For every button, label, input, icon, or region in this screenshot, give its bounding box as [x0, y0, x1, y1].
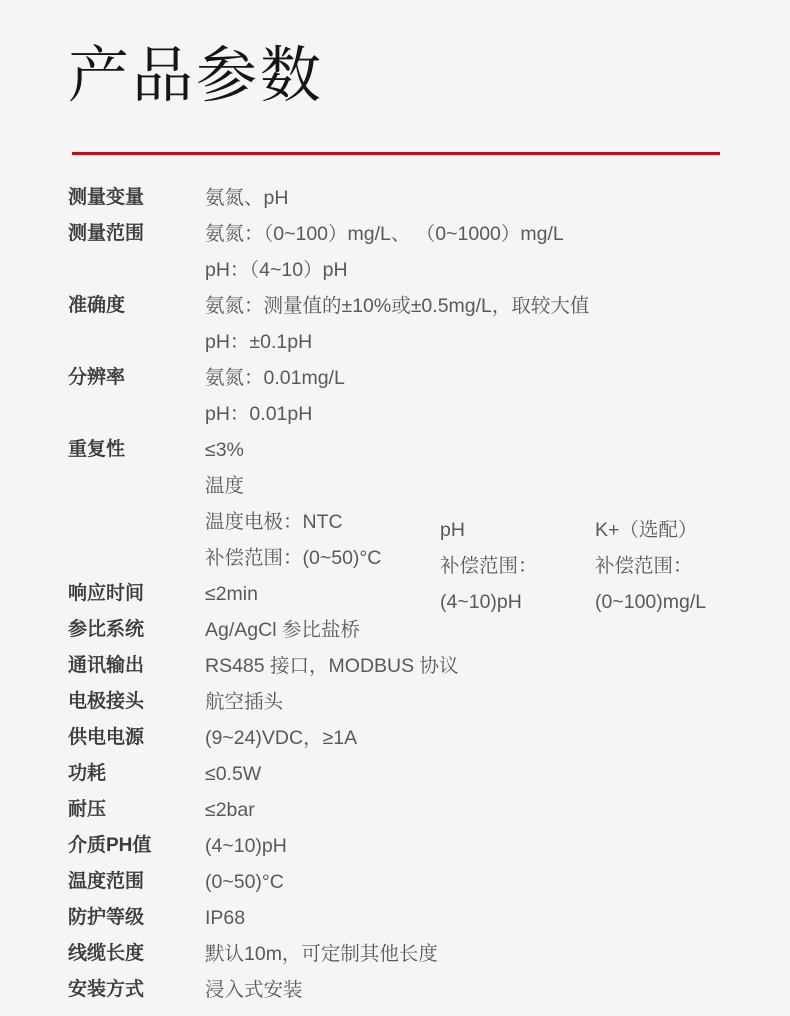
compensation-column-ph: pH 补偿范围： (4~10)pH [440, 512, 595, 620]
product-spec-sheet: 产品参数 测量变量 氨氮、pH 测量范围 氨氮：（0~100）mg/L、 （0~… [0, 0, 790, 1016]
spec-value-line: pH：（4~10）pH [205, 252, 758, 288]
spec-label: 测量变量 [68, 180, 205, 216]
spec-row-electrode-connector: 电极接头 航空插头 [68, 684, 758, 720]
spec-value: ≤0.5W [205, 756, 758, 792]
spec-label: 功耗 [68, 756, 205, 792]
comp-range-value: (4~10)pH [440, 584, 595, 620]
spec-label: 参比系统 [68, 612, 205, 648]
spec-value: 航空插头 [205, 684, 758, 720]
spec-row-temperature-range: 温度范围 (0~50)°C [68, 864, 758, 900]
spec-value-line: pH：±0.1pH [205, 324, 758, 360]
spec-value-line: RS485 接口，MODBUS 协议 [205, 648, 758, 684]
spec-value-line: 氨氮：测量值的±10%或±0.5mg/L，取较大值 [205, 288, 758, 324]
spec-value-line: 氨氮、pH [205, 180, 758, 216]
spec-row-protection-rating: 防护等级 IP68 [68, 900, 758, 936]
compensation-column-k-plus: K+（选配） 补偿范围： (0~100)mg/L [595, 512, 750, 620]
spec-row-medium-ph: 介质PH值 (4~10)pH [68, 828, 758, 864]
spec-value-line: ≤0.5W [205, 756, 758, 792]
spec-value-line: (4~10)pH [205, 828, 758, 864]
spec-row-communication-output: 通讯输出 RS485 接口，MODBUS 协议 [68, 648, 758, 684]
spec-value-line: 温度 [205, 468, 758, 504]
spec-label: 准确度 [68, 288, 205, 324]
spec-value: 浸入式安装 [205, 972, 758, 1008]
spec-label: 重复性 [68, 432, 205, 468]
spec-value: (4~10)pH [205, 828, 758, 864]
spec-label: 防护等级 [68, 900, 205, 936]
spec-row-accuracy: 准确度 氨氮：测量值的±10%或±0.5mg/L，取较大值 pH：±0.1pH [68, 288, 758, 360]
spec-value-line: 航空插头 [205, 684, 758, 720]
spec-label: 安装方式 [68, 972, 205, 1008]
spec-label: 耐压 [68, 792, 205, 828]
spec-row-measured-variables: 测量变量 氨氮、pH [68, 180, 758, 216]
spec-label: 温度范围 [68, 864, 205, 900]
spec-row-cable-length: 线缆长度 默认10m，可定制其他长度 [68, 936, 758, 972]
spec-value-line: ≤2bar [205, 792, 758, 828]
spec-label: 分辨率 [68, 360, 205, 396]
page-title: 产品参数 [68, 42, 324, 109]
comp-range-value: (0~100)mg/L [595, 584, 750, 620]
spec-value: RS485 接口，MODBUS 协议 [205, 648, 758, 684]
spec-value-line: ≤3% [205, 432, 758, 468]
spec-value: (0~50)°C [205, 864, 758, 900]
comp-column-title: pH [440, 512, 595, 548]
spec-value-line: 默认10m，可定制其他长度 [205, 936, 758, 972]
spec-value-line: IP68 [205, 900, 758, 936]
spec-value-line: pH：0.01pH [205, 396, 758, 432]
spec-value-line: 氨氮：（0~100）mg/L、 （0~1000）mg/L [205, 216, 758, 252]
spec-label: 测量范围 [68, 216, 205, 252]
spec-label: 电极接头 [68, 684, 205, 720]
compensation-columns: pH 补偿范围： (4~10)pH K+（选配） 补偿范围： (0~100)mg… [440, 512, 750, 620]
spec-row-measuring-range: 测量范围 氨氮：（0~100）mg/L、 （0~1000）mg/L pH：（4~… [68, 216, 758, 288]
spec-row-installation-method: 安装方式 浸入式安装 [68, 972, 758, 1008]
spec-value: 氨氮：0.01mg/L pH：0.01pH [205, 360, 758, 432]
spec-row-resolution: 分辨率 氨氮：0.01mg/L pH：0.01pH [68, 360, 758, 432]
comp-range-label: 补偿范围： [595, 548, 750, 584]
spec-row-power-supply: 供电电源 (9~24)VDC，≥1A [68, 720, 758, 756]
comp-column-title: K+（选配） [595, 512, 750, 548]
spec-value-line: 氨氮：0.01mg/L [205, 360, 758, 396]
spec-label: 介质PH值 [68, 828, 205, 864]
spec-row-power-consumption: 功耗 ≤0.5W [68, 756, 758, 792]
spec-value: 氨氮：（0~100）mg/L、 （0~1000）mg/L pH：（4~10）pH [205, 216, 758, 288]
spec-label: 供电电源 [68, 720, 205, 756]
comp-range-label: 补偿范围： [440, 548, 595, 584]
spec-value: 氨氮、pH [205, 180, 758, 216]
spec-value-line: 浸入式安装 [205, 972, 758, 1008]
spec-value-line: (0~50)°C [205, 864, 758, 900]
spec-label: 响应时间 [68, 576, 205, 612]
spec-value: IP68 [205, 900, 758, 936]
title-divider [72, 152, 720, 155]
spec-value: ≤2bar [205, 792, 758, 828]
spec-value: 氨氮：测量值的±10%或±0.5mg/L，取较大值 pH：±0.1pH [205, 288, 758, 360]
spec-value-line: (9~24)VDC，≥1A [205, 720, 758, 756]
spec-label: 线缆长度 [68, 936, 205, 972]
spec-row-pressure-resistance: 耐压 ≤2bar [68, 792, 758, 828]
spec-value: 默认10m，可定制其他长度 [205, 936, 758, 972]
spec-label: 通讯输出 [68, 648, 205, 684]
spec-value: (9~24)VDC，≥1A [205, 720, 758, 756]
